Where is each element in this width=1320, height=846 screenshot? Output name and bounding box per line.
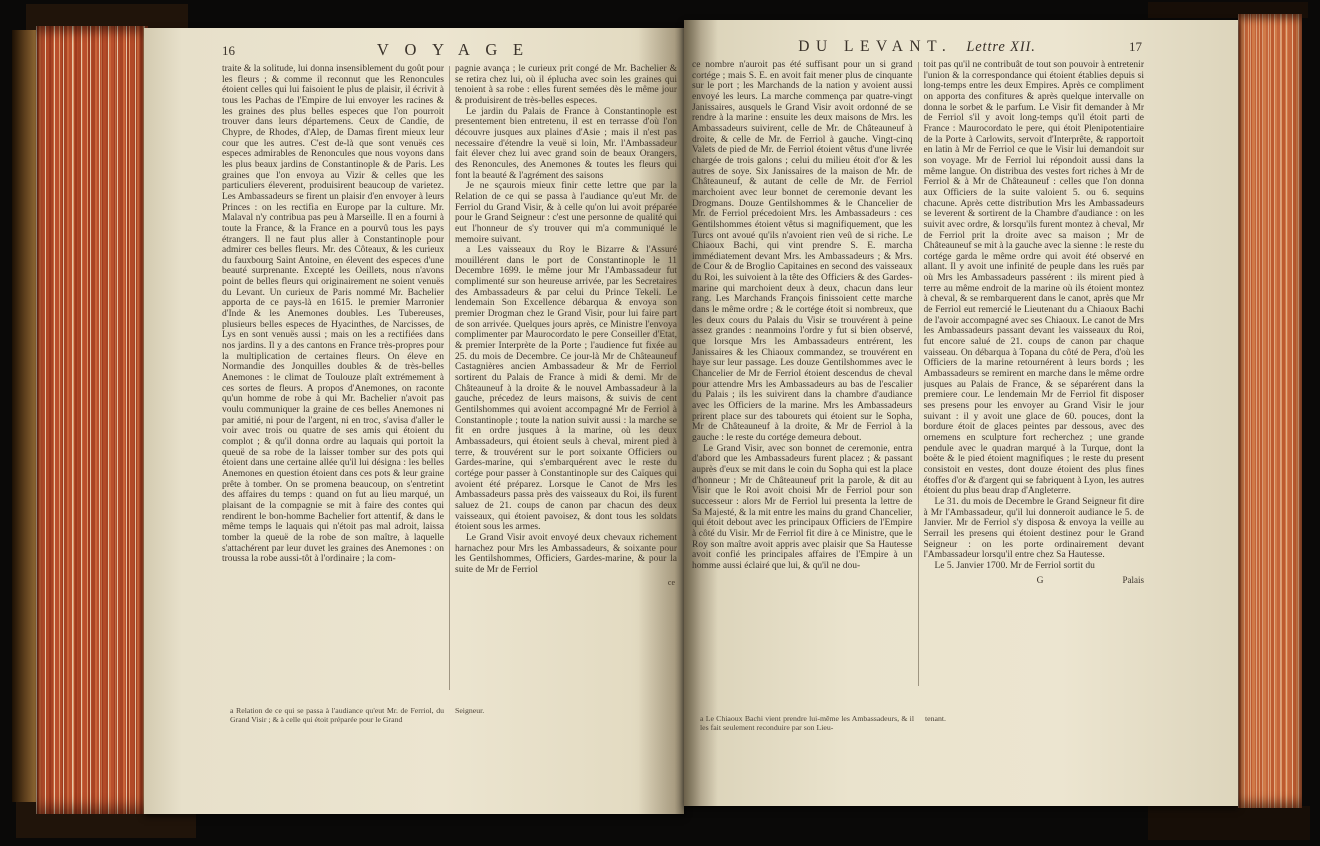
cover-edge-bottom-right bbox=[1148, 806, 1310, 840]
left-running-title: VOYAGE bbox=[256, 40, 660, 60]
right-catchword: Palais bbox=[1123, 575, 1145, 586]
book-photo: 16 VOYAGE traite & la solitude, lui donn… bbox=[0, 0, 1320, 846]
text-paragraph: Le 31. du mois de Decembre le Grand Seig… bbox=[924, 497, 1145, 561]
text-paragraph: traite & la solitude, lui donna insensib… bbox=[222, 64, 444, 565]
right-running-title: DU LEVANT. bbox=[798, 38, 952, 55]
column-rule bbox=[449, 66, 450, 690]
column-rule bbox=[918, 62, 919, 686]
signature-row: G Palais bbox=[924, 575, 1145, 587]
left-column-2: pagnie avança ; le curieux prit congé de… bbox=[455, 64, 677, 696]
right-footnote-col2: tenant. bbox=[925, 714, 1143, 733]
left-page-header: 16 VOYAGE bbox=[222, 40, 678, 60]
text-paragraph: Le Grand Visir avoit envoyé deux chevaux… bbox=[455, 533, 677, 576]
fore-edge-right bbox=[1238, 14, 1302, 808]
left-page: 16 VOYAGE traite & la solitude, lui donn… bbox=[144, 28, 684, 814]
right-text-block: ce nombre n'auroit pas été suffisant pou… bbox=[692, 60, 1144, 692]
right-column-1: ce nombre n'auroit pas été suffisant pou… bbox=[692, 60, 913, 692]
left-footnote-col1: a Relation de ce qui se passa à l'audian… bbox=[222, 706, 444, 725]
text-paragraph: toit pas qu'il ne contribuât de tout son… bbox=[924, 60, 1145, 497]
right-page-number: 17 bbox=[1108, 39, 1142, 55]
signature-mark: G bbox=[1037, 576, 1044, 587]
right-column-2: toit pas qu'il ne contribuât de tout son… bbox=[924, 60, 1145, 692]
left-column-1: traite & la solitude, lui donna insensib… bbox=[222, 64, 444, 696]
right-footnote: a Le Chiaoux Bachi vient prendre lui-mêm… bbox=[692, 714, 1144, 733]
right-running-title-group: DU LEVANT. Lettre XII. bbox=[726, 38, 1108, 56]
right-page: DU LEVANT. Lettre XII. 17 ce nombre n'au… bbox=[684, 20, 1238, 806]
right-footnote-col1: a Le Chiaoux Bachi vient prendre lui-mêm… bbox=[692, 714, 914, 733]
left-text-block: traite & la solitude, lui donna insensib… bbox=[222, 64, 678, 696]
text-paragraph: pagnie avança ; le curieux prit congé de… bbox=[455, 64, 677, 107]
text-paragraph: a Les vaisseaux du Roy le Bizarre & l'As… bbox=[455, 245, 677, 533]
text-paragraph: Je ne sçaurois mieux finir cette lettre … bbox=[455, 181, 677, 245]
right-running-title-lettre: Lettre XII. bbox=[966, 39, 1035, 55]
left-footnote-col2: Seigneur. bbox=[455, 706, 673, 725]
left-page-number: 16 bbox=[222, 43, 256, 59]
right-page-header: DU LEVANT. Lettre XII. 17 bbox=[692, 38, 1142, 56]
left-footnote: a Relation de ce qui se passa à l'audian… bbox=[222, 706, 678, 725]
text-paragraph: ce nombre n'auroit pas été suffisant pou… bbox=[692, 60, 913, 444]
text-paragraph: Le jardin du Palais de France à Constant… bbox=[455, 107, 677, 182]
text-paragraph: Le Grand Visir, avec son bonnet de cerem… bbox=[692, 444, 913, 572]
left-catchword: ce bbox=[455, 578, 677, 589]
text-paragraph: Le 5. Janvier 1700. Mr de Ferriol sortit… bbox=[924, 561, 1145, 572]
fore-edge-left bbox=[36, 26, 148, 814]
